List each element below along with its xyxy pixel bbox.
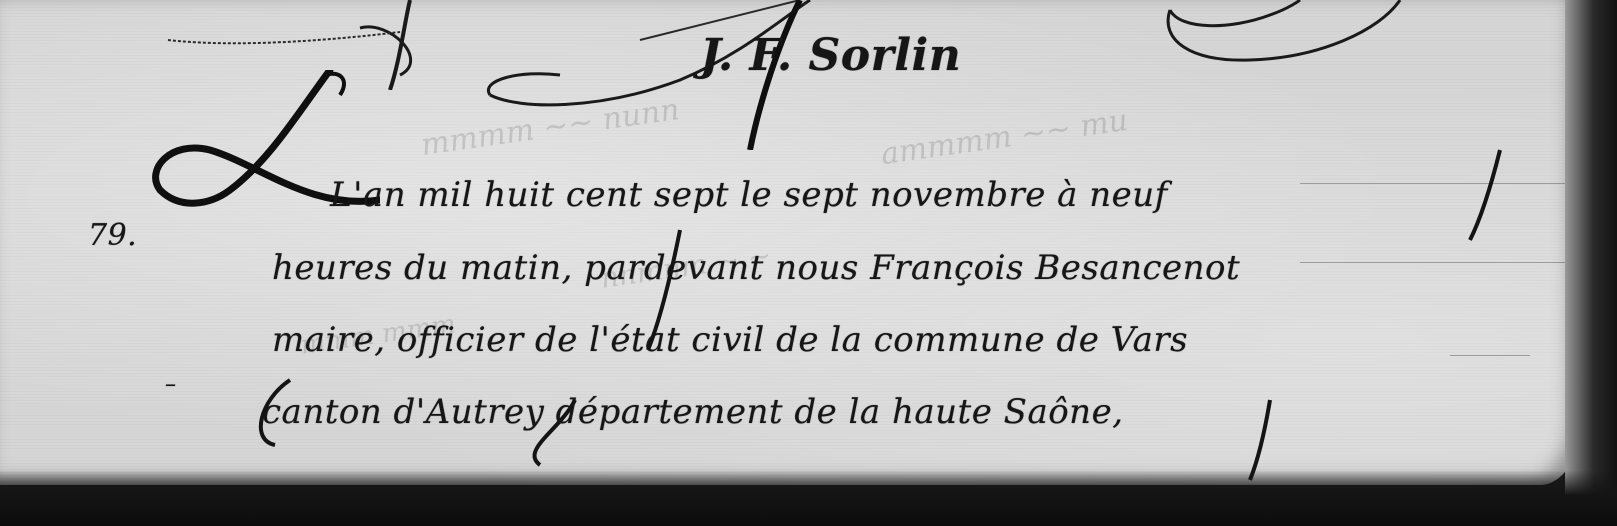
scan-shadow: [0, 470, 1617, 526]
document-page: mmmm ~~ nunn ammmm ~~ mu nnmnm ~ ~ mmm m…: [0, 0, 1580, 485]
page-edge: [1565, 0, 1617, 526]
descender-strokes: [0, 0, 1580, 485]
